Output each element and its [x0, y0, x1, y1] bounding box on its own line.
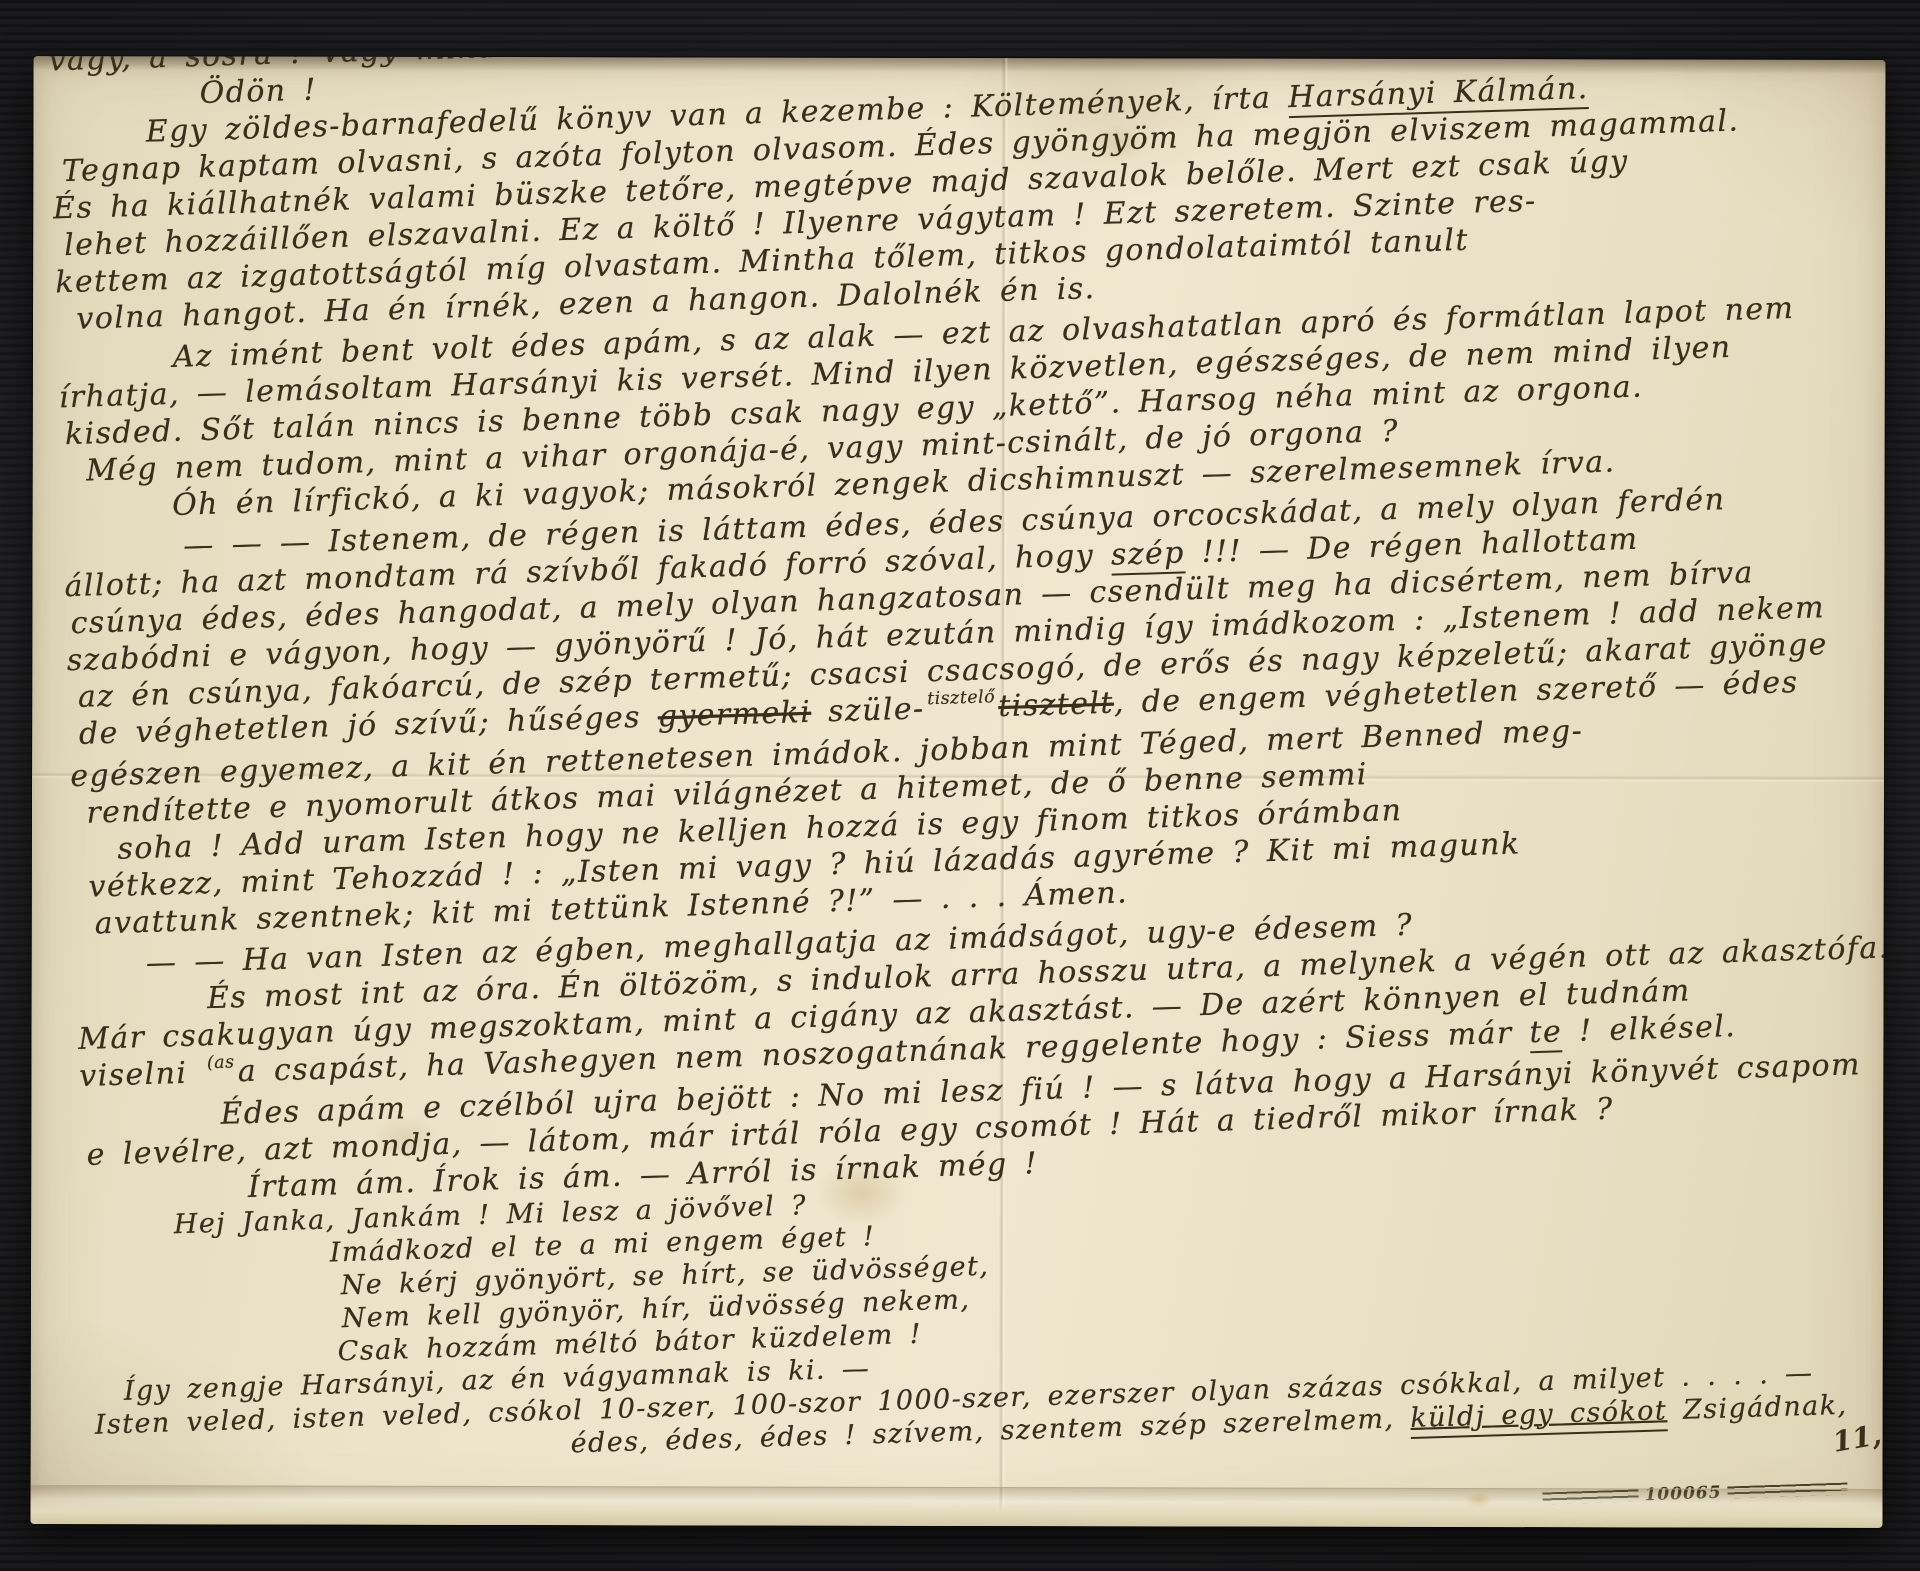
paper-bottom-edge: [30, 1485, 1882, 1528]
handwriting-block: vagy, a sósra ! Vagy mind —Ödön !Egy zöl…: [48, 56, 1885, 1475]
page-number: 11,: [1830, 1418, 1884, 1459]
photo-background: vagy, a sósra ! Vagy mind —Ödön !Egy zöl…: [0, 0, 1920, 1571]
letter-paper: vagy, a sósra ! Vagy mind —Ödön !Egy zöl…: [30, 56, 1885, 1528]
